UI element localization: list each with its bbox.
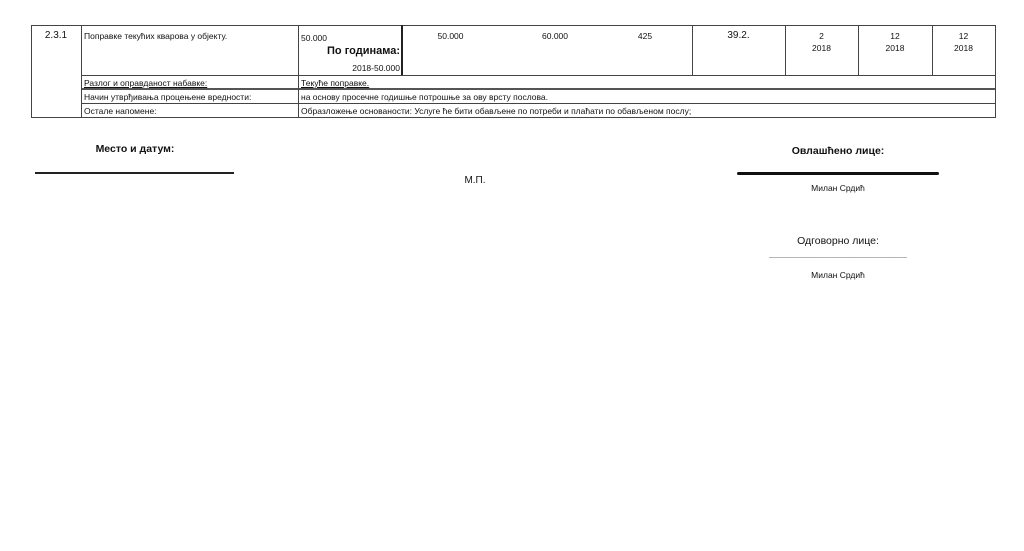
cell-col9-year: 2018: [858, 43, 932, 53]
item-number: 2.3.1: [31, 30, 81, 42]
responsible-person-name: Милан Срдић: [738, 270, 938, 280]
authorized-person-label: Овлашћено лице:: [738, 145, 938, 157]
row-divider: [81, 103, 996, 104]
cell-col5: 60.000: [500, 31, 610, 41]
detail-value-notes: Образложење основаности: Услуге ће бити …: [301, 106, 691, 116]
detail-label-method: Начин утврђивања процењене вредности:: [84, 92, 251, 102]
cell-col8-month: 2: [785, 31, 858, 41]
cell-col6: 425: [600, 31, 690, 41]
estimated-value: 50.000: [301, 33, 327, 43]
detail-value-method: на основу просечне годишње потрошње за о…: [301, 92, 548, 102]
cell-col9-month: 12: [858, 31, 932, 41]
item-description: Поправке текућих кварова у објекту.: [84, 31, 294, 41]
column-divider: [298, 25, 299, 117]
place-date-line: [35, 172, 234, 174]
table-right-border: [995, 25, 996, 117]
cell-col8-year: 2018: [785, 43, 858, 53]
authorized-person-name: Милан Срдић: [738, 183, 938, 193]
cell-col4: 50.000: [403, 31, 498, 41]
row-divider: [81, 88, 996, 90]
responsible-signature-line: _______________________________: [738, 249, 938, 258]
stamp-label: М.П.: [445, 175, 505, 187]
responsible-person-label: Одговорно лице:: [738, 235, 938, 247]
authorized-signature-line: [737, 172, 939, 175]
by-years-value: 2018-50.000: [300, 63, 400, 73]
cell-col10-month: 12: [932, 31, 995, 41]
detail-label-reason: Разлог и оправданост набавке:: [84, 78, 207, 88]
column-divider: [81, 25, 82, 117]
by-years-label: По годинама:: [300, 45, 400, 58]
table-bottom-border: [31, 117, 996, 118]
detail-label-notes: Остале напомене:: [84, 106, 157, 116]
detail-value-reason: Текуће поправке.: [301, 78, 369, 88]
table-top-border: [31, 25, 996, 26]
cell-col10-year: 2018: [932, 43, 995, 53]
place-date-label: Место и датум:: [35, 143, 235, 155]
row-divider: [81, 75, 996, 76]
cell-col7: 39.2.: [692, 30, 785, 42]
